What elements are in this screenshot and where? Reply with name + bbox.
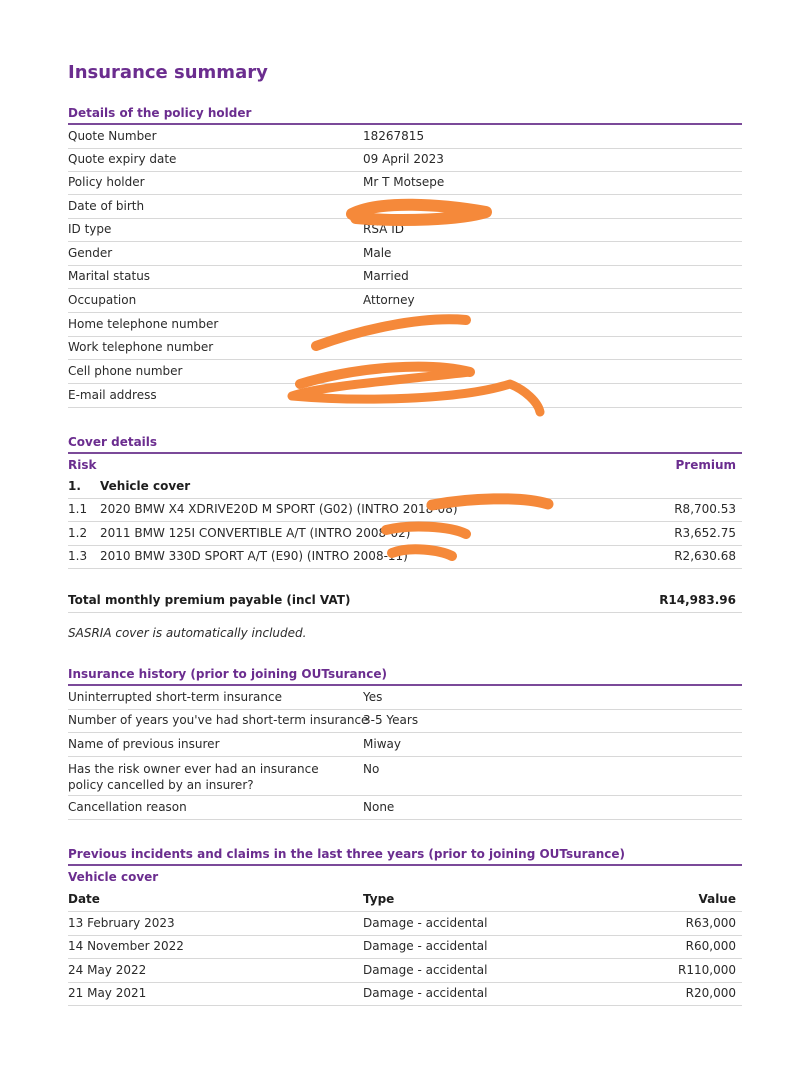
claims-row: 24 May 2022Damage - accidentalR110,000 — [68, 959, 742, 983]
row-occupation: OccupationAttorney — [68, 289, 742, 313]
row-marital-status: Marital statusMarried — [68, 265, 742, 289]
history-row: Number of years you've had short-term in… — [68, 709, 742, 733]
history-row: Has the risk owner ever had an insurance… — [68, 757, 742, 796]
row-email: E-mail address — [68, 384, 742, 408]
page-title: Insurance summary — [68, 62, 268, 83]
row-id-type: ID typeRSA ID — [68, 218, 742, 242]
row-quote-expiry: Quote expiry date09 April 2023 — [68, 148, 742, 172]
claims-subheading: Vehicle cover — [68, 866, 742, 889]
section-policy-holder-heading: Details of the policy holder — [68, 106, 742, 125]
cover-item-row: 1.3 2010 BMW 330D SPORT A/T (E90) (INTRO… — [68, 545, 742, 569]
row-policy-holder: Policy holderMr T Motsepe — [68, 171, 742, 195]
total-premium-row: Total monthly premium payable (incl VAT)… — [68, 589, 742, 613]
cover-item-row: 1.2 2011 BMW 125I CONVERTIBLE A/T (INTRO… — [68, 522, 742, 546]
claims-row: 21 May 2021Damage - accidentalR20,000 — [68, 982, 742, 1006]
row-quote-number: Quote Number18267815 — [68, 125, 742, 149]
row-cell-phone: Cell phone number — [68, 360, 742, 384]
row-date-of-birth: Date of birth — [68, 195, 742, 219]
history-row: Name of previous insurerMiway — [68, 733, 742, 757]
row-gender: GenderMale — [68, 242, 742, 266]
cover-group-vehicle: 1. Vehicle cover — [68, 475, 742, 499]
history-row: Cancellation reasonNone — [68, 796, 742, 820]
cover-item-row: 1.1 2020 BMW X4 XDRIVE20D M SPORT (G02) … — [68, 498, 742, 522]
row-home-telephone: Home telephone number — [68, 313, 742, 337]
row-work-telephone: Work telephone number — [68, 336, 742, 360]
cover-table-header: Risk Premium — [68, 454, 742, 477]
section-cover-details-heading: Cover details — [68, 435, 742, 454]
claims-row: 14 November 2022Damage - accidentalR60,0… — [68, 935, 742, 959]
claims-row: 13 February 2023Damage - accidentalR63,0… — [68, 912, 742, 936]
history-row: Uninterrupted short-term insuranceYes — [68, 686, 742, 710]
sasria-note: SASRIA cover is automatically included. — [68, 622, 742, 645]
section-insurance-history-heading: Insurance history (prior to joining OUTs… — [68, 667, 742, 686]
claims-table-header: Date Type Value — [68, 888, 742, 912]
section-claims-heading: Previous incidents and claims in the las… — [68, 847, 742, 866]
